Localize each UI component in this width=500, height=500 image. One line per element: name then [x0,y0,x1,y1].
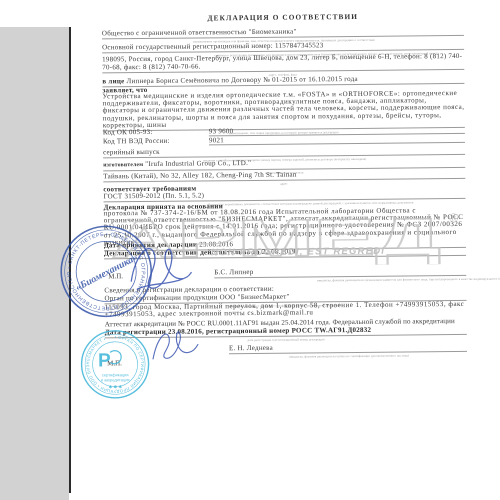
manufacturer-label: изготовителем [103,162,143,168]
document-title: ДЕКЛАРАЦИЯ О СООТВЕТСТВИИ [102,12,464,24]
organ-address: 115093, город Москва, Партийный переулок… [105,301,467,319]
declaration-document: ДЕКЛАРАЦИЯ О СООТВЕТСТВИИ Общество с огр… [0,0,500,500]
stamp2-stars: ✱ ✱ ✱ [109,384,123,389]
registrar-head-sub: Е. Н. Леднева инициалы, фамилия руководи… [229,342,467,358]
code-tn-label: Код ТН ВЭД России: [103,136,209,146]
registrar-head-block: Е. Н. Леднева инициалы, фамилия руководи… [105,342,467,360]
stamp2-line1: сертификация [102,372,129,377]
registrar-head-caption: инициалы, фамилия руководителя органа по… [229,352,467,358]
brand-slogan-watermark: NON PROGREDI, EST REGREDI [211,246,385,259]
declarant-head-sub: Б.С. Липнер инициалы, фамилия руководите… [214,266,466,283]
registration-date-block: Дата регистрации 23.08.2016, регистрацио… [105,325,467,343]
representative-label: в лице [102,77,124,85]
declarant-head-block: Б.С. Липнер инициалы, фамилия руководите… [104,266,466,284]
seal-place-2: М.П. [107,359,122,367]
stamp2-line2: и аккредитация [101,377,130,382]
manufacturer-name: "Irufa Industrial Group Co., LTD." [145,159,251,168]
codes-block: Код ОК 005-93: 93 9600 Код ТН ВЭД России… [103,125,465,146]
code-tn-value: 9021 [209,134,465,145]
